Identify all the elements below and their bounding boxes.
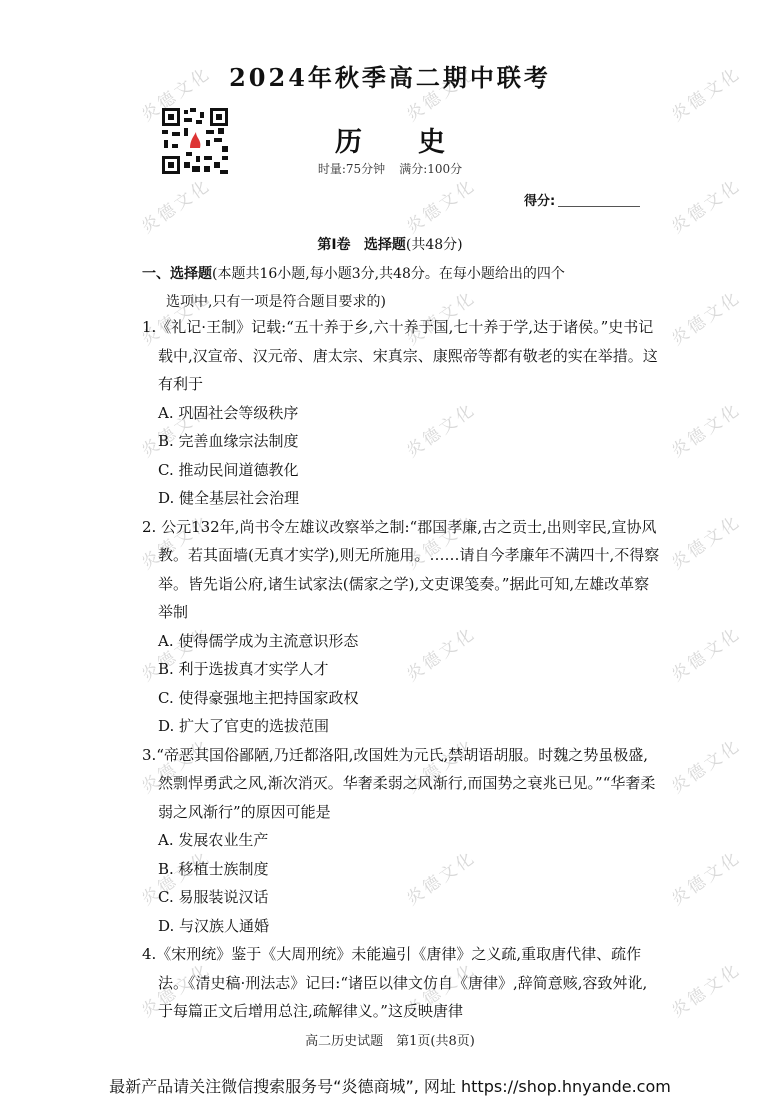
exam-meta: 时量:75分钟满分:100分 bbox=[0, 160, 780, 177]
question-list: 1.《礼记·王制》记载:“五十养于乡,六十养于国,七十养于学,达于诸侯。”史书记… bbox=[142, 313, 662, 1026]
score-field-label: 得分: bbox=[524, 190, 555, 209]
page-footer: 高二历史试题 第1页(共8页) bbox=[0, 1030, 780, 1049]
option-d: D. 与汉族人通婚 bbox=[142, 912, 662, 941]
option-a: A. 巩固社会等级秩序 bbox=[142, 399, 662, 428]
question-4: 4.《宋刑统》鉴于《大周刑统》未能遍引《唐律》之义疏,重取唐代律、疏作法。《清史… bbox=[142, 940, 662, 1026]
option-a: A. 发展农业生产 bbox=[142, 826, 662, 855]
watermark-text: 炎德文化 bbox=[665, 507, 745, 573]
watermark-text: 炎德文化 bbox=[665, 731, 745, 797]
question-3: 3.“帝恶其国俗鄙陋,乃迁都洛阳,改国姓为元氏,禁胡语胡服。时魏之势虽极盛,然剽… bbox=[142, 741, 662, 941]
score-blank bbox=[558, 206, 640, 207]
exam-title: 2024年秋季高二期中联考 bbox=[0, 58, 780, 93]
option-d: D. 健全基层社会治理 bbox=[142, 484, 662, 513]
option-a: A. 使得儒学成为主流意识形态 bbox=[142, 627, 662, 656]
option-b: B. 移植士族制度 bbox=[142, 855, 662, 884]
watermark-text: 炎德文化 bbox=[665, 843, 745, 909]
option-c: C. 推动民间道德教化 bbox=[142, 456, 662, 485]
watermark-text: 炎德文化 bbox=[665, 955, 745, 1021]
watermark-text: 炎德文化 bbox=[135, 171, 215, 237]
section-instructions: 一、选择题(本题共16小题,每小题3分,共48分。在每小题给出的四个 选项中,只… bbox=[142, 260, 662, 316]
option-d: D. 扩大了官吏的选拔范围 bbox=[142, 712, 662, 741]
option-b: B. 完善血缘宗法制度 bbox=[142, 427, 662, 456]
full-score: 满分:100分 bbox=[399, 162, 462, 176]
option-b: B. 利于选拔真才实学人才 bbox=[142, 655, 662, 684]
watermark-text: 炎德文化 bbox=[665, 619, 745, 685]
time-limit: 时量:75分钟 bbox=[318, 162, 385, 176]
question-1: 1.《礼记·王制》记载:“五十养于乡,六十养于国,七十养于学,达于诸侯。”史书记… bbox=[142, 313, 662, 513]
watermark-text: 炎德文化 bbox=[665, 395, 745, 461]
watermark-text: 炎德文化 bbox=[665, 283, 745, 349]
watermark-text: 炎德文化 bbox=[665, 171, 745, 237]
promo-banner: 最新产品请关注微信搜索服务号“炎德商城”, 网址 https://shop.hn… bbox=[0, 1074, 780, 1097]
option-c: C. 使得豪强地主把持国家政权 bbox=[142, 684, 662, 713]
subject-title: 历史 bbox=[0, 120, 780, 159]
section-title: 第Ⅰ卷 选择题(共48分) bbox=[0, 234, 780, 254]
watermark-text: 炎德文化 bbox=[400, 171, 480, 237]
question-2: 2. 公元132年,尚书令左雄议改察举之制:“郡国孝廉,古之贡士,出则宰民,宣协… bbox=[142, 513, 662, 741]
option-c: C. 易服装说汉话 bbox=[142, 883, 662, 912]
